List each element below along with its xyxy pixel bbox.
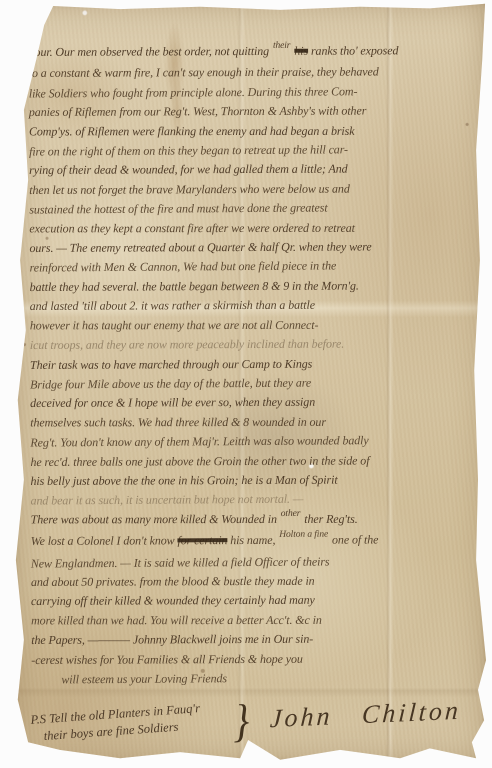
letter-line: execution as they kept a constant fire a… — [29, 218, 471, 238]
letter-scan: hour. Our men observed the best order, n… — [0, 0, 492, 768]
letter-line: fire on the right of them on this they b… — [29, 139, 471, 161]
letter-line: icut troops, and they are now more peace… — [30, 334, 472, 355]
letter-line: Comp'ys. of Riflemen were flanking the e… — [29, 121, 471, 141]
letter-line: We lost a Colonel I don't know for certa… — [31, 530, 473, 553]
signature: John Chilton — [269, 696, 462, 734]
letter-line: and lasted 'till about 2. it was rather … — [30, 295, 472, 316]
paper-sheet: hour. Our men observed the best order, n… — [14, 3, 486, 762]
letter-line: more killed than we had. You will receiv… — [31, 610, 473, 630]
postscript-brace: } — [232, 693, 250, 748]
letter-line: -cerest wishes for You Families & all Fr… — [31, 649, 473, 670]
letter-line: to a constant & warm fire, I can't say e… — [29, 62, 471, 83]
letter-line: rying of their dead & wounded, for we ha… — [29, 159, 471, 180]
letter-line: sustained the hottest of the fire and mu… — [29, 198, 471, 220]
letter-line: deceived for once & I hope will be ever … — [30, 392, 472, 413]
inserted-word: their — [273, 37, 291, 56]
letter-line: Reg't. You don't know any of them Maj'r.… — [30, 431, 472, 453]
postscript: P.S Tell the old Planters in Fauq'r thei… — [30, 700, 202, 745]
inserted-word: other — [281, 505, 301, 524]
letter-line: the Papers, ———— Johnny Blackwell joins … — [31, 629, 473, 650]
letter-line: will esteem us your Loving Friends — [61, 667, 473, 689]
letter-line: There was about as many more killed & Wo… — [31, 509, 473, 531]
letter-line: and about 50 privates. from the blood & … — [31, 571, 473, 592]
letter-line: battle they had several. the battle bega… — [30, 276, 472, 297]
letter-line: and bear it as such, it is uncertain but… — [31, 489, 473, 511]
letter-line: reinforced with Men & Cannon, We had but… — [30, 256, 472, 278]
letter-line: themselves such tasks. We had three kill… — [30, 412, 472, 432]
inserted-word: Holton a fine — [279, 526, 328, 546]
letter-line: however it has taught our enemy that we … — [30, 315, 472, 335]
letter-line: hour. Our men observed the best order, n… — [29, 41, 471, 64]
letter-line: Bridge four Mile above us the day of the… — [30, 372, 472, 394]
letter-body: hour. Our men observed the best order, n… — [29, 41, 474, 689]
letter-line: panies of Riflemen from our Reg't. West,… — [29, 101, 471, 122]
letter-line: he rec'd. three balls one just above the… — [30, 451, 472, 472]
letter-line: like Soldiers who fought from principle … — [29, 81, 471, 103]
letter-line: Their task was to have marched through o… — [30, 354, 472, 375]
letter-line: New Englandmen. — It is said we killed a… — [31, 551, 473, 573]
struck-word: for certain — [177, 533, 227, 547]
letter-line: carrying off their killed & wounded they… — [31, 590, 473, 611]
struck-word: his — [294, 44, 308, 58]
